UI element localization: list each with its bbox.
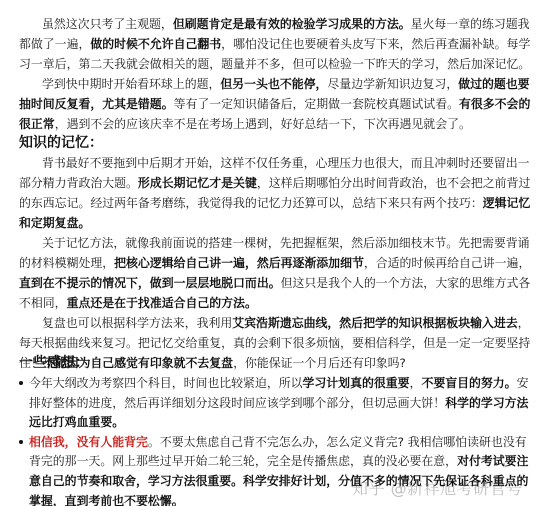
text-run: 习一章后，第二天我就会做相关的题，题量并不多，但可以检验一下昨天的学习，然后加深…: [19, 57, 530, 71]
memory-line: 背书最好不要拖到中后期才开始，这样不仅任务重，心理压力也很大，而且冲刺时还要留出…: [42, 153, 530, 173]
text-run: 关于记忆方法，就像我前面说的搭建一棵树，先把握框架，然后添加细枝末节。先把需要背…: [42, 236, 530, 250]
text-run: 复盘也可以根据科学方法来，我利用: [42, 316, 232, 330]
intro-line: 都做了一遍，做的时候不允许自己翻书，哪怕没记住也要硬着头皮写下来，然后再查漏补缺…: [19, 34, 530, 54]
memory-line: 住！不能因为自己感觉有印象就不去复盘，你能保证一个月后还有印象吗?: [19, 353, 406, 373]
bold-text: 不能因为自己感觉有印象就不去复盘: [43, 356, 233, 370]
text-run: ，: [518, 316, 530, 330]
bold-text: 对付考试要注: [457, 454, 528, 468]
memory-line: 关于记忆方法，就像我前面说的搭建一棵树，先把握框架，然后添加细枝末节。先把需要背…: [42, 233, 530, 253]
text-run: ，遇到不会的应该庆幸不是在考场上遇到，好好总结一下，下次再遇见就会了。: [55, 117, 471, 131]
text-run: 都做了一遍，: [19, 37, 90, 51]
text-run: 排好整体的进度，然后再详细划分这段时间应该学到哪个部分，但切忌画大饼！: [29, 396, 445, 410]
memory-line: 和定期复盘。: [19, 213, 90, 233]
text-run: 但这只是我个人的一个方法，大家的思维方式各: [281, 276, 531, 290]
bold-text: 但刷题肯定是最有效的检验学习成果的方法。: [173, 17, 411, 31]
bold-text: 科学的学习方法: [445, 396, 528, 410]
text-run: ，: [410, 376, 422, 390]
text-run: 背完的那一天。网上那些过早开始二轮三轮，完全是传播焦虑，真的没必要在意，: [29, 454, 457, 468]
thought-line: 意自己的节奏和取舍，学习方法很重要。科学安排好计划，分值不多的情况下先保证各科重…: [29, 471, 528, 491]
text-run: 住！: [19, 356, 43, 370]
text-run: 的材料模糊处理，: [19, 256, 114, 270]
bold-text: 逻辑记忆: [483, 196, 531, 210]
text-run: 。不要太焦虑自己背不完怎么办，怎么定义背完? 我相信哪怕读研也没有: [148, 435, 527, 449]
text-run: 星火每一章的练习题我: [411, 17, 530, 31]
bold-text: 重点还是在于找准适合自己的方法。: [67, 296, 257, 310]
thought-line: 相信我，没有人能背完。不要太焦虑自己背不完怎么办，怎么定义背完? 我相信哪怕读研…: [29, 432, 527, 452]
text-run: ，这样后期哪怕分出时间背政治，也不会把之前背过: [257, 176, 531, 190]
memory-line: 直到在不提示的情况下，做到一层层地脱口而出。但这只是我个人的一个方法，大家的思维…: [19, 273, 530, 293]
bold-text: 远比打鸡血重要。: [29, 415, 124, 429]
text-run: 部分精力背政治大题。: [19, 176, 138, 190]
thought-line: 远比打鸡血重要。: [29, 412, 124, 432]
text-run: 虽然这次只考了主观题，: [42, 17, 173, 31]
memory-line: 的东西忘记。经过两年备考磨练，我觉得我的记忆力还算可以，总结下来只有两个技巧：逻…: [19, 193, 530, 213]
bold-text: 和定期复盘。: [19, 216, 90, 230]
thought-line: 排好整体的进度，然后再详细划分这段时间应该学到哪个部分，但切忌画大饼！科学的学习…: [29, 393, 528, 413]
bold-text: 但另一头也不能停，: [220, 77, 327, 91]
text-run: 不相同，: [19, 296, 67, 310]
thought-line: 掌握，直到考前也不要松懈。: [29, 491, 184, 506]
intro-line: 虽然这次只考了主观题，但刷题肯定是最有效的检验学习成果的方法。星火每一章的练习题…: [42, 14, 530, 34]
intro-line: 学到快中期时开始看环球上的题，但另一头也不能停，尽量边学新知识边复习，做过的题也…: [42, 74, 530, 94]
emphasis-red-text: 相信我，没有人能背完: [29, 435, 148, 449]
intro-line: 习一章后，第二天我就会做相关的题，题量并不多，但可以检验一下昨天的学习，然后加深…: [19, 54, 530, 74]
intro-line: 抽时间反复看，尤其是错题。等有了一定知识储备后，定期做一套院校真题试试看。有很多…: [19, 94, 530, 114]
bullet-icon: [19, 440, 23, 444]
bullet-icon: [19, 381, 23, 385]
text-run: ，合适的时候再给自己讲一遍，: [364, 256, 530, 270]
text-run: ，哪怕没记住也要硬着头皮写下来，然后再查漏补缺。每学: [221, 37, 530, 51]
bold-text: 直到在不提示的情况下，做到一层层地脱口而出。: [19, 276, 281, 290]
memory-line: 每天根据曲线来复习。把记忆交给重复，真的会剩下很多烦恼，要相信科学，但是一定一定…: [19, 333, 530, 353]
bold-text: 把核心逻辑给自己讲一遍，然后再逐渐添加细节: [114, 256, 364, 270]
thought-line: 今年大纲改为考察四个科目，时间也比较紧迫，所以学习计划真的很重要，不要盲目的努力…: [29, 373, 528, 393]
bold-text: 不要盲目的努力。: [421, 376, 516, 390]
bold-text: 很正常: [19, 117, 55, 131]
text-run: 背书最好不要拖到中后期才开始，这样不仅任务重，心理压力也很大，而且冲刺时还要留出…: [42, 156, 530, 170]
text-run: ，你能保证一个月后还有印象吗?: [233, 356, 406, 370]
text-run: 学到快中期时开始看环球上的题，: [42, 77, 220, 91]
text-run: 等有了一定知识储备后，定期做一套院校真题试试看。: [174, 97, 459, 111]
text-run: 安: [517, 376, 529, 390]
bold-text: 形成长期记忆才是关键: [138, 176, 257, 190]
text-run: 的东西忘记。经过两年备考磨练，我觉得我的记忆力还算可以，总结下来只有两个技巧：: [19, 196, 483, 210]
bold-text: 掌握，直到考前也不要松懈。: [29, 494, 184, 506]
bold-text: 做的时候不允许自己翻书: [90, 37, 221, 51]
bold-text: 有很多不会的: [459, 97, 530, 111]
memory-line: 的材料模糊处理，把核心逻辑给自己讲一遍，然后再逐渐添加细节，合适的时候再给自己讲…: [19, 253, 530, 273]
bold-text: 做过的题也要: [458, 77, 529, 91]
memory-line: 不相同，重点还是在于找准适合自己的方法。: [19, 293, 257, 313]
intro-line: 很正常，遇到不会的应该庆幸不是在考场上遇到，好好总结一下，下次再遇见就会了。: [19, 114, 471, 134]
memory-line: 部分精力背政治大题。形成长期记忆才是关键，这样后期哪怕分出时间背政治，也不会把之…: [19, 173, 530, 193]
bold-text: 学习计划真的很重要: [303, 376, 410, 390]
bold-text: 抽时间反复看，尤其是错题。: [19, 97, 174, 111]
bold-text: 艾宾浩斯遗忘曲线，然后把学的知识根据板块输入进去: [232, 316, 517, 330]
text-run: 每天根据曲线来复习。把记忆交给重复，真的会剩下很多烦恼，要相信科学，但是一定一定…: [19, 336, 530, 350]
thought-line: 背完的那一天。网上那些过早开始二轮三轮，完全是传播焦虑，真的没必要在意，对付考试…: [29, 451, 528, 471]
section-heading-memory: 知识的记忆：: [19, 133, 103, 153]
text-run: 尽量边学新知识边复习，: [327, 77, 458, 91]
bold-text: 意自己的节奏和取舍，学习方法很重要。科学安排好计划，分值不多的情况下先保证各科重…: [29, 474, 528, 488]
text-run: 今年大纲改为考察四个科目，时间也比较紧迫，所以: [29, 376, 303, 390]
memory-line: 复盘也可以根据科学方法来，我利用艾宾浩斯遗忘曲线，然后把学的知识根据板块输入进去…: [42, 313, 530, 333]
